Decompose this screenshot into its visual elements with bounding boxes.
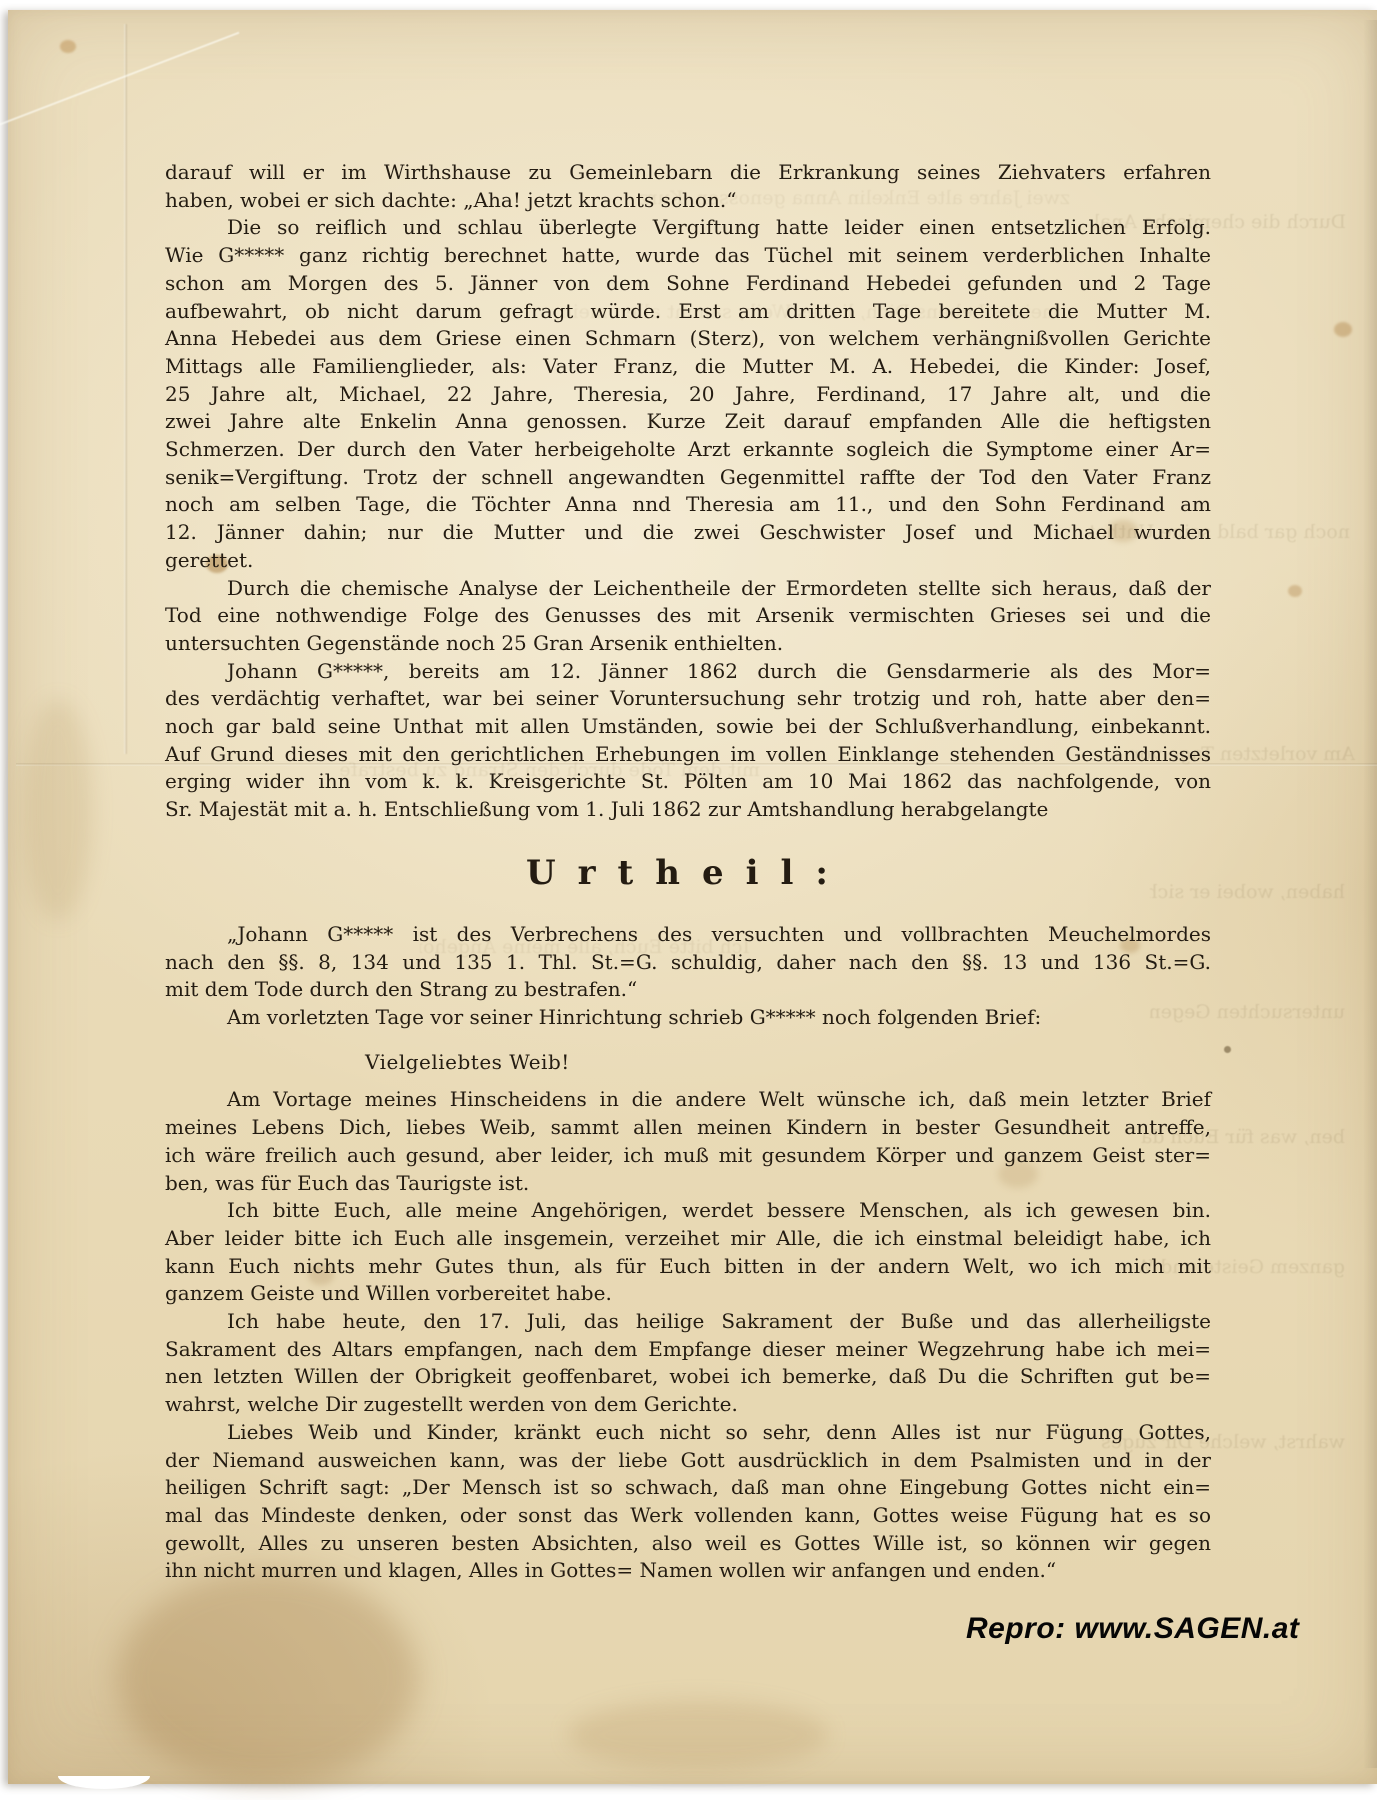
text-line: gewollt, Alles zu unseren besten Absicht… — [165, 1530, 1211, 1558]
text-line: schon am Morgen des 5. Jänner von dem So… — [165, 270, 1211, 298]
text-line: ben, was für Euch das Taurigste ist. — [165, 1170, 1211, 1198]
text-line: Johann G*****, bereits am 12. Jänner 186… — [165, 658, 1211, 686]
paragraph: Durch die chemische Analyse der Leichent… — [165, 575, 1211, 658]
text-line: nen letzten Willen der Obrigkeit geoffen… — [165, 1363, 1211, 1391]
text-line: gerettet. — [165, 547, 1211, 575]
torn-edge — [58, 1776, 150, 1789]
text-line: nach den §§. 8, 134 und 135 1. Thl. St.=… — [165, 949, 1211, 977]
text-line: zwei Jahre alte Enkelin Anna genossen. K… — [165, 408, 1211, 436]
text-line: erging wider ihn vom k. k. Kreisgerichte… — [165, 768, 1211, 796]
text-line: Aber leider bitte ich Euch alle insgemei… — [165, 1225, 1211, 1253]
page-edge-shadow — [1363, 20, 1377, 1768]
paragraph: „Johann G***** ist des Verbrechens des v… — [165, 921, 1211, 1004]
text-line: 25 Jahre alt, Michael, 22 Jahre, Theresi… — [165, 381, 1211, 409]
text-line: untersuchten Gegenstände noch 25 Gran Ar… — [165, 630, 1211, 658]
stain — [23, 700, 93, 920]
text-line: senik=Vergiftung. Trotz der schnell ange… — [165, 464, 1211, 492]
text-line: Am vorletzten Tage vor seiner Hinrichtun… — [165, 1004, 1211, 1032]
text-line: wahrst, welche Dir zugestellt werden von… — [165, 1391, 1211, 1419]
paragraph: Ich habe heute, den 17. Juli, das heilig… — [165, 1308, 1211, 1419]
text-line: Auf Grund dieses mit den gerichtlichen E… — [165, 741, 1211, 769]
text-line: Tod eine nothwendige Folge des Genusses … — [165, 602, 1211, 630]
text-line: der Niemand ausweichen kann, was der lie… — [165, 1447, 1211, 1475]
stain — [568, 1700, 828, 1770]
paragraph: Johann G*****, bereits am 12. Jänner 186… — [165, 658, 1211, 824]
text-line: Sr. Majestät mit a. h. Entschließung vom… — [165, 796, 1211, 824]
text-line: noch gar bald seine Unthat mit allen Ums… — [165, 713, 1211, 741]
text-line: Sakrament des Altars empfangen, nach dem… — [165, 1336, 1211, 1364]
text-line: Durch die chemische Analyse der Leichent… — [165, 575, 1211, 603]
fold-crease-diagonal — [0, 32, 239, 131]
stain — [118, 1570, 418, 1785]
text-line: Liebes Weib und Kinder, kränkt euch nich… — [165, 1419, 1211, 1447]
paragraph: Die so reiflich und schlau überlegte Ver… — [165, 214, 1211, 574]
stain — [1224, 1046, 1231, 1053]
fold-crease-vertical — [124, 24, 127, 754]
text-line: noch am selben Tage, die Töchter Anna nn… — [165, 491, 1211, 519]
stain — [60, 40, 76, 53]
text-line: Mittags alle Familienglieder, als: Vater… — [165, 353, 1211, 381]
verdict-heading: Urtheil: — [165, 851, 1211, 895]
text-line: meines Lebens Dich, liebes Weib, sammt a… — [165, 1114, 1211, 1142]
paragraph: Am vorletzten Tage vor seiner Hinrichtun… — [165, 1004, 1211, 1032]
repro-watermark: Repro: www.SAGEN.at — [966, 1612, 1299, 1646]
paragraph: Am Vortage meines Hinscheidens in die an… — [165, 1086, 1211, 1197]
text-line: „Johann G***** ist des Verbrechens des v… — [165, 921, 1211, 949]
text-line: Ich habe heute, den 17. Juli, das heilig… — [165, 1308, 1211, 1336]
text-line: darauf will er im Wirthshause zu Gemeinl… — [165, 159, 1211, 187]
text-line: haben, wobei er sich dachte: „Aha! jetzt… — [165, 187, 1211, 215]
text-line: ihn nicht murren und klagen, Alles in Go… — [165, 1557, 1211, 1585]
text-line: Anna Hebedei aus dem Griese einen Schmar… — [165, 325, 1211, 353]
text-line: mal das Mindeste denken, oder sonst das … — [165, 1502, 1211, 1530]
stain — [1334, 322, 1352, 337]
text-line: Die so reiflich und schlau überlegte Ver… — [165, 214, 1211, 242]
text-line: aufbewahrt, ob nicht darum gefragt würde… — [165, 298, 1211, 326]
text-line: Am Vortage meines Hinscheidens in die an… — [165, 1086, 1211, 1114]
text-line: Schmerzen. Der durch den Vater herbeigeh… — [165, 436, 1211, 464]
document-text: darauf will er im Wirthshause zu Gemeinl… — [165, 159, 1211, 1585]
text-line: des verdächtig verhaftet, war bei seiner… — [165, 685, 1211, 713]
text-line: mit dem Tode durch den Strang zu bestraf… — [165, 976, 1211, 1004]
text-line: ich wäre freilich auch gesund, aber leid… — [165, 1142, 1211, 1170]
text-line: heiligen Schrift sagt: „Der Mensch ist s… — [165, 1474, 1211, 1502]
stain — [1288, 585, 1302, 597]
letter-salutation: Vielgeliebtes Weib! — [365, 1049, 1211, 1077]
text-line: kann Euch nichts mehr Gutes thun, als fü… — [165, 1253, 1211, 1281]
text-line: Ich bitte Euch, alle meine Angehörigen, … — [165, 1197, 1211, 1225]
paragraph: darauf will er im Wirthshause zu Gemeinl… — [165, 159, 1211, 214]
paragraph: Ich bitte Euch, alle meine Angehörigen, … — [165, 1197, 1211, 1308]
text-line: Wie G***** ganz richtig berechnet hatte,… — [165, 242, 1211, 270]
text-line: 12. Jänner dahin; nur die Mutter und die… — [165, 519, 1211, 547]
text-line: ganzem Geiste und Willen vorbereitet hab… — [165, 1280, 1211, 1308]
paragraph: Liebes Weib und Kinder, kränkt euch nich… — [165, 1419, 1211, 1585]
